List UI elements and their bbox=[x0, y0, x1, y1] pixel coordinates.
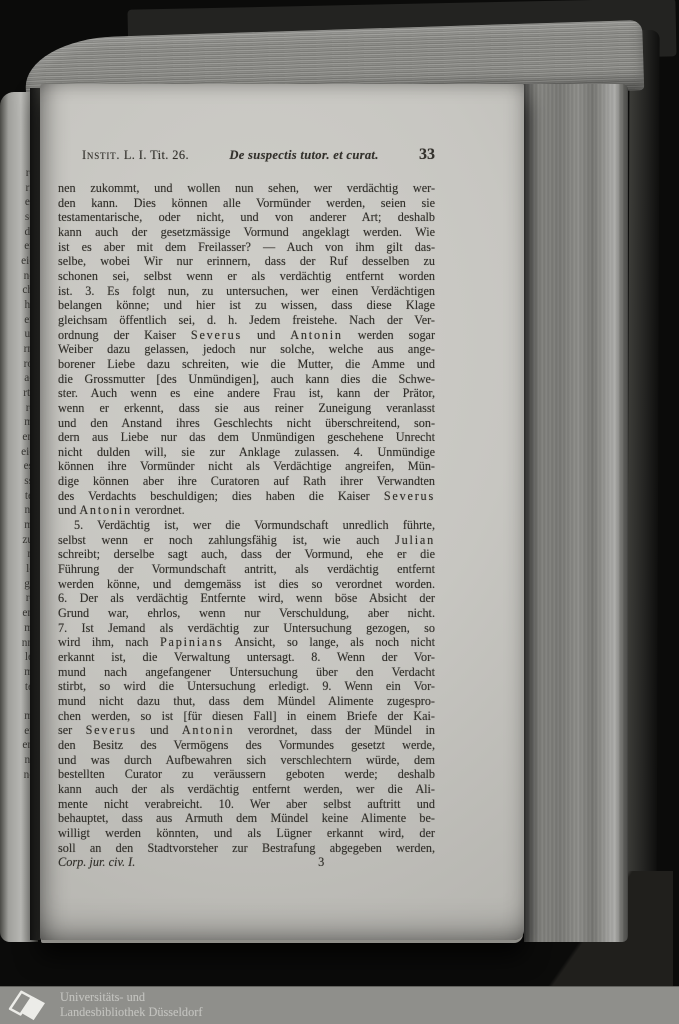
text-line: selbst wenn er noch zahlungsfähig ist, w… bbox=[58, 533, 435, 548]
text-line: belangen könne; und hier ist zu wissen, … bbox=[58, 298, 435, 313]
text-line: nicht dulden will, sie zur Anklage zulas… bbox=[58, 445, 435, 460]
text-line: soll an den Stadtvorsteher zur Bestrafun… bbox=[58, 841, 435, 856]
header-title-latin: De suspectis tutor. et curat. bbox=[229, 148, 378, 163]
text-line: testamentarische, oder nicht, und von an… bbox=[58, 210, 435, 225]
text-line: nen zukommt, und wollen nun sehen, wer v… bbox=[58, 181, 435, 196]
text-line: schreibt; derselbe sagt auch, dass der V… bbox=[58, 547, 435, 562]
header-citation-rest: L. I. Tit. 26. bbox=[120, 148, 189, 162]
text-line: 7. Ist Jemand als verdächtig zur Untersu… bbox=[58, 621, 435, 636]
text-line: dige können aber ihre Curatoren auf Rath… bbox=[58, 474, 435, 489]
text-line: wenn er erkennt, dass sie aus reiner Zun… bbox=[58, 401, 435, 416]
text-line: dern aus Liebe nur das dem Unmündigen ge… bbox=[58, 430, 435, 445]
text-line: können ihre Vormünder nicht als Verdächt… bbox=[58, 459, 435, 474]
text-line: wird ihm, nach Papinians Ansicht, so lan… bbox=[58, 635, 435, 650]
text-line: stirbt, so wird die Untersuchung erledig… bbox=[58, 679, 435, 694]
text-line: borener Liebe dazu schreiten, wie die Mu… bbox=[58, 357, 435, 372]
text-line: ser Severus und Antonin verordnet, dass … bbox=[58, 723, 435, 738]
text-line: mund nach angefangener Untersuchung über… bbox=[58, 665, 435, 680]
text-line: 5. Verdächtig ist, wer die Vormundschaft… bbox=[58, 518, 435, 533]
text-line: gleichsam öffentlich sei, d. h. Jedem fr… bbox=[58, 313, 435, 328]
text-line: des Verdachts beschuldigen; dies haben d… bbox=[58, 489, 435, 504]
book-scan-photo: r-rfels-d.erei-n-chh,eru,rnroa-rt,r-mene… bbox=[0, 0, 679, 1024]
text-line: bestellten Curator zu veräussern geboten… bbox=[58, 767, 435, 782]
text-line: ster. Auch wenn es eine andere Frau ist,… bbox=[58, 386, 435, 401]
text-line: 6. Der als verdächtig Entfernte wird, we… bbox=[58, 591, 435, 606]
text-line: willigt werden könnten, und als Lügner e… bbox=[58, 826, 435, 841]
page-number: 33 bbox=[419, 146, 435, 164]
signature-mark: Corp. jur. civ. I. bbox=[58, 855, 135, 869]
text-line: schonen sei, selbst wenn er als verdächt… bbox=[58, 269, 435, 284]
text-line: und den Anstand ihres Geschlechts nicht … bbox=[58, 416, 435, 431]
text-line: ist es aber mit dem Freilasser? — Auch v… bbox=[58, 240, 435, 255]
text-line: den Besitz des Vermögens des Vormundes g… bbox=[58, 738, 435, 753]
text-line: selbe, wobei Wir nur erinnern, dass der … bbox=[58, 254, 435, 269]
library-name-line2: Landesbibliothek Düsseldorf bbox=[60, 1005, 202, 1021]
text-line: den kann. Dies können alle Vormünder wer… bbox=[58, 196, 435, 211]
text-line: behauptet, dass aus Armuth dem Mündel ke… bbox=[58, 811, 435, 826]
text-line: erkannt ist, die Verwaltung untersagt. 8… bbox=[58, 650, 435, 665]
ulb-duesseldorf-logo-icon bbox=[7, 988, 49, 1022]
running-header: Instit. L. I. Tit. 26. De suspectis tuto… bbox=[58, 146, 435, 164]
text-line: und was durch Aufbewahren sich verschlec… bbox=[58, 753, 435, 768]
text-line: die Grossmutter [des Unmündigen], auch k… bbox=[58, 372, 435, 387]
text-line: mund nicht dazu thut, dass dem Mündel Al… bbox=[58, 694, 435, 709]
text-line: werden könne, und demgemäss ist dies so … bbox=[58, 577, 435, 592]
text-line: chen werden, so ist [für diesen Fall] in… bbox=[58, 709, 435, 724]
text-line: und Antonin verordnet. bbox=[58, 503, 435, 518]
library-name-line1: Universitäts- und bbox=[60, 990, 202, 1006]
library-watermark-bar: Universitäts- und Landesbibliothek Düsse… bbox=[0, 986, 679, 1024]
body-text: nen zukommt, und wollen nun sehen, wer v… bbox=[58, 181, 435, 870]
text-line: Weiber dazu gelassen, jedoch nur solche,… bbox=[58, 342, 435, 357]
sheet-number: 3 bbox=[318, 855, 324, 870]
text-line: mente nicht verabreicht. 10. Wer aber se… bbox=[58, 797, 435, 812]
scanned-page: Instit. L. I. Tit. 26. De suspectis tuto… bbox=[40, 84, 524, 940]
page-footer: Corp. jur. civ. I.3 bbox=[58, 855, 435, 870]
text-line: kann auch der gesetzmässige Vormund ange… bbox=[58, 225, 435, 240]
text-line: kann auch der als verdächtig entfernt we… bbox=[58, 782, 435, 797]
text-line: Grund war, ehrlos, wenn nur Verschuldung… bbox=[58, 606, 435, 621]
header-citation-smallcaps: Instit. bbox=[82, 148, 120, 162]
text-line: ist. 3. Es folgt nun, zu untersuchen, we… bbox=[58, 284, 435, 299]
library-name: Universitäts- und Landesbibliothek Düsse… bbox=[60, 990, 202, 1021]
book-cover-right bbox=[626, 30, 659, 975]
text-line: ordnung der Kaiser Severus und Antonin w… bbox=[58, 328, 435, 343]
header-citation: Instit. L. I. Tit. 26. bbox=[58, 148, 189, 163]
text-line: Führung der Vormundschaft antritt, als v… bbox=[58, 562, 435, 577]
page-stack-fore-edge bbox=[524, 84, 628, 942]
